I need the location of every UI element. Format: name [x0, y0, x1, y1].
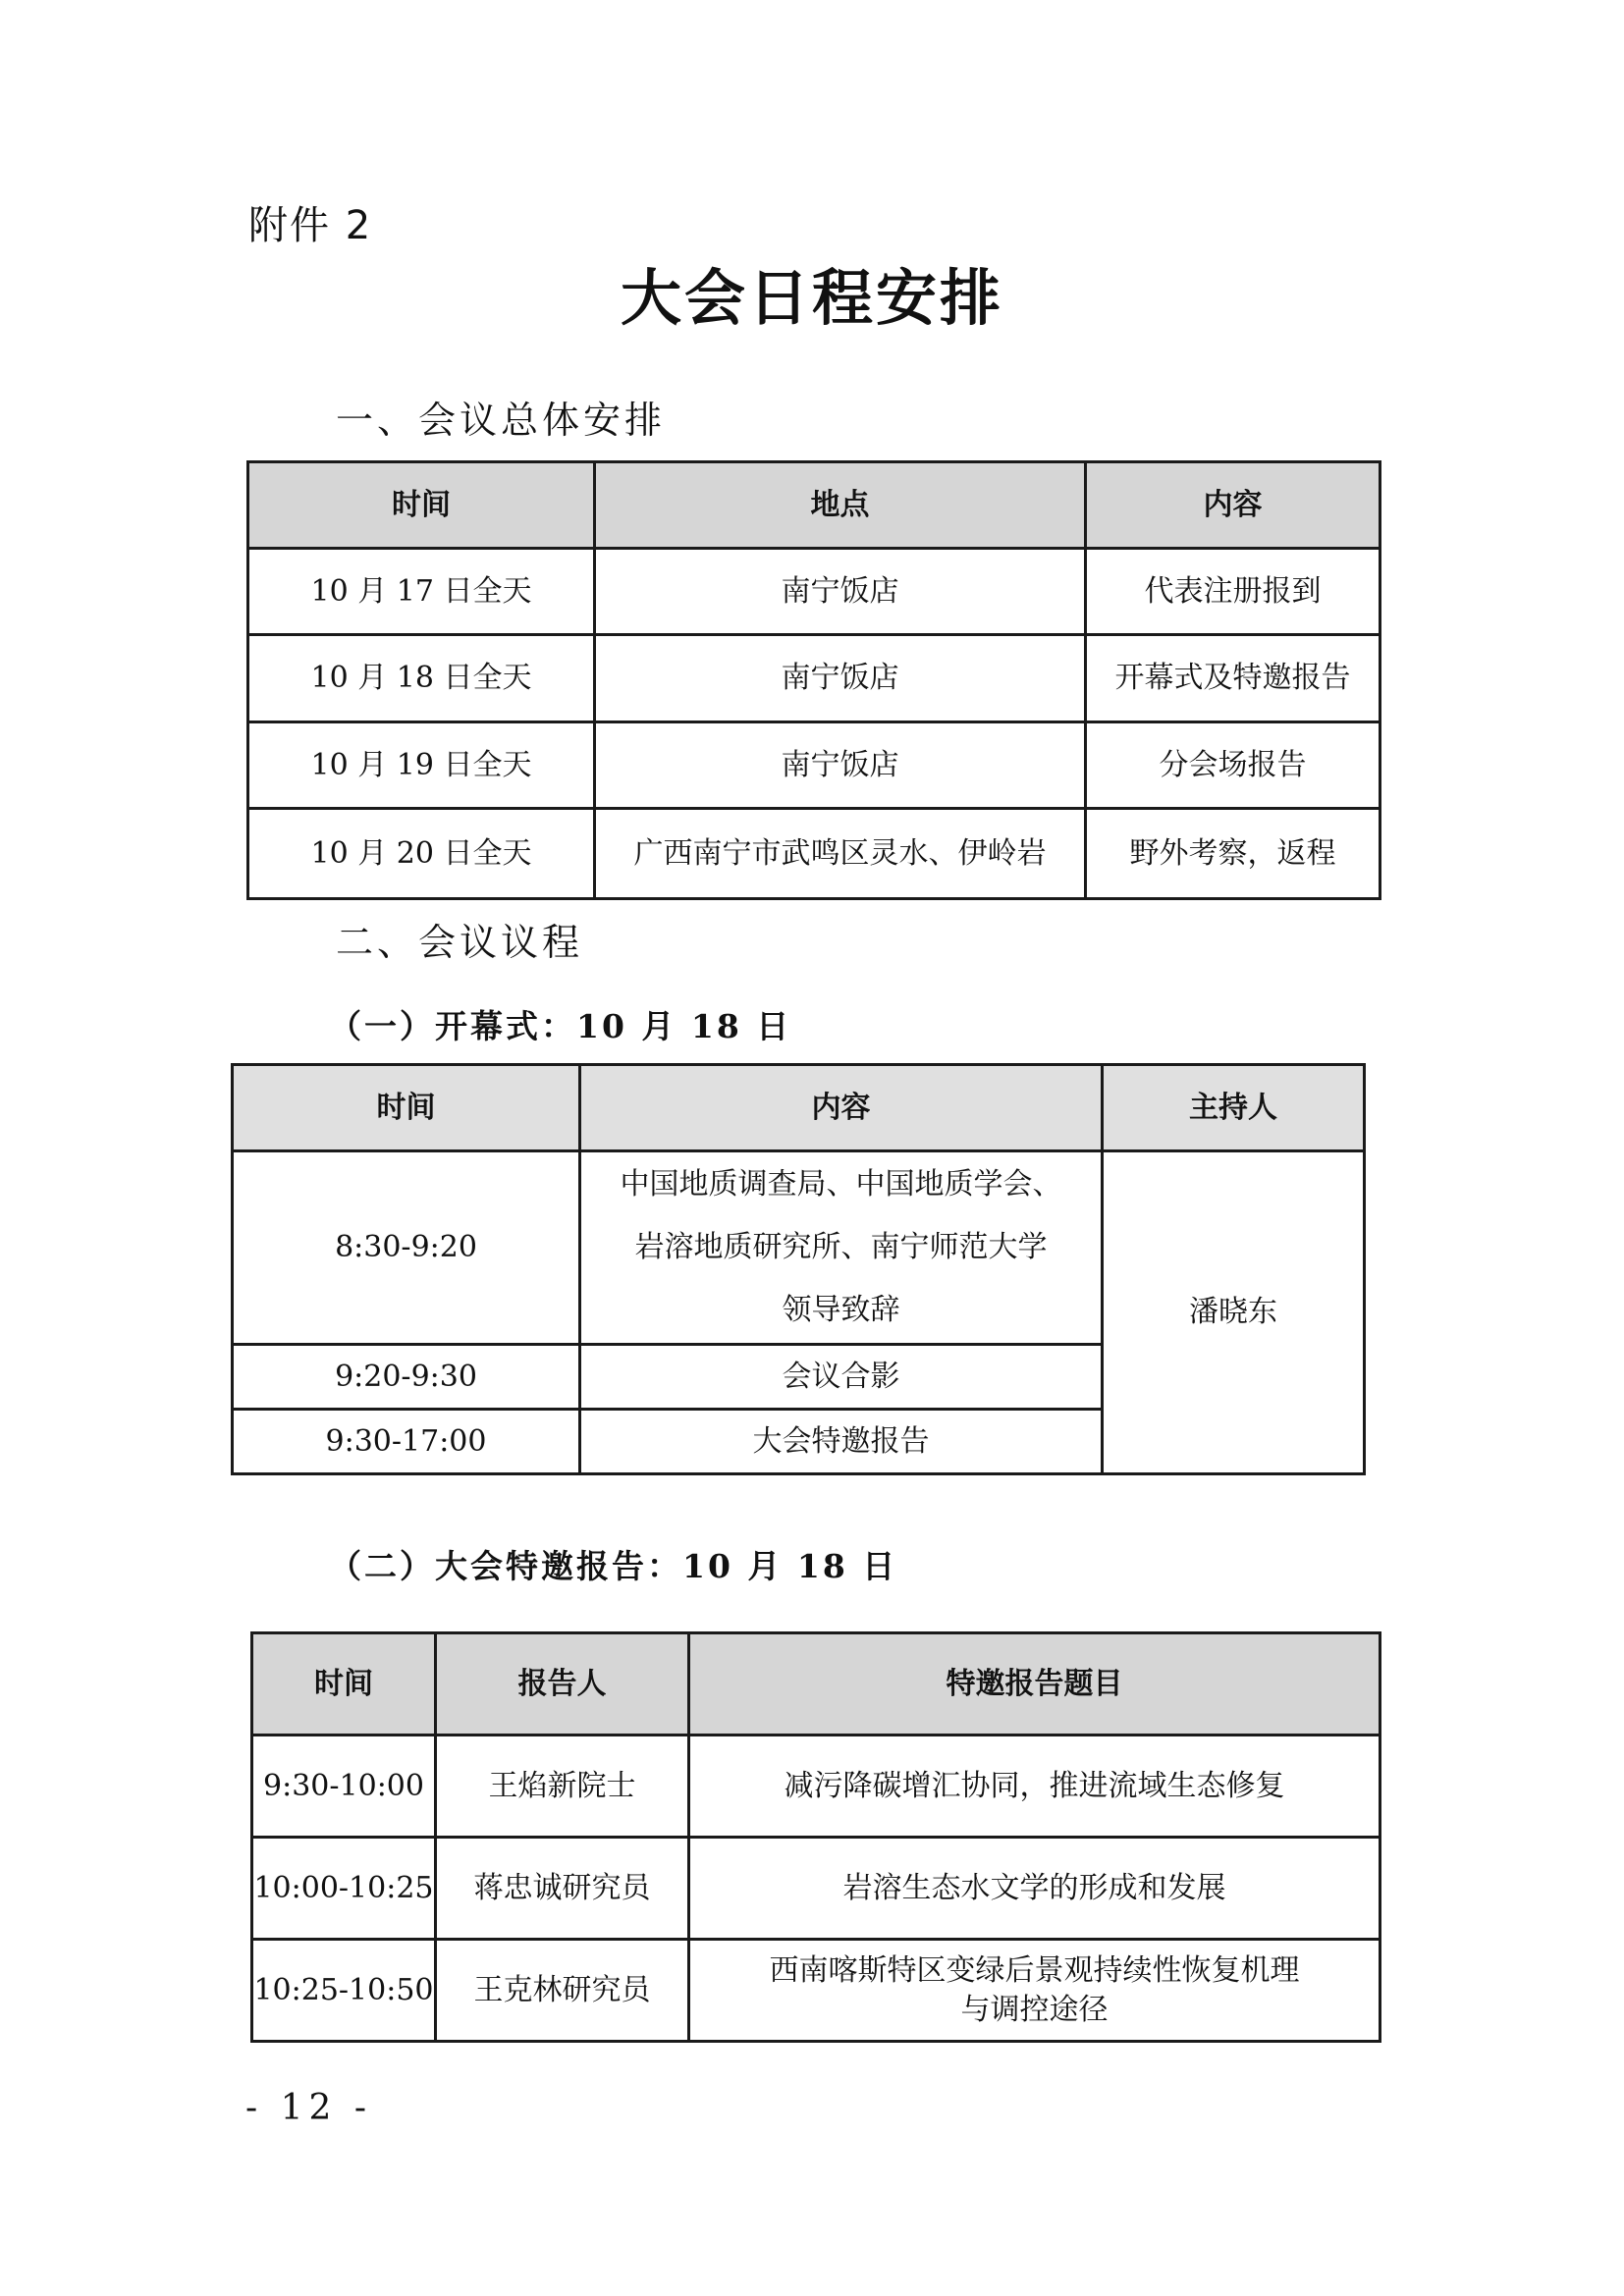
- attachment-label: 附件 2: [248, 202, 372, 249]
- cell-time: 9:30-17:00: [233, 1410, 580, 1474]
- table-row: 10:25-10:50 王克林研究员 西南喀斯特区变绿后景观持续性恢复机理 与调…: [252, 1940, 1380, 2042]
- cell-content: 会议合影: [580, 1345, 1103, 1410]
- cell-content: 分会场报告: [1086, 722, 1380, 809]
- cell-content: 野外考察，返程: [1086, 809, 1380, 899]
- cell-speaker: 王焰新院士: [436, 1735, 689, 1838]
- cell-content: 开幕式及特邀报告: [1086, 635, 1380, 722]
- cell-time: 9:20-9:30: [233, 1345, 580, 1410]
- column-header-time: 时间: [252, 1633, 436, 1735]
- cell-venue: 南宁饭店: [595, 549, 1086, 635]
- subsection-heading-keynotes: （二）大会特邀报告：10 月 18 日: [329, 1545, 897, 1588]
- cell-time: 10:00-10:25: [252, 1838, 436, 1940]
- cell-topic: 岩溶生态水文学的形成和发展: [689, 1838, 1380, 1940]
- opening-ceremony-table: 时间 内容 主持人 8:30-9:20 中国地质调查局、中国地质学会、 岩溶地质…: [231, 1063, 1366, 1475]
- cell-topic: 西南喀斯特区变绿后景观持续性恢复机理 与调控途径: [689, 1940, 1380, 2042]
- keynote-reports-table: 时间 报告人 特邀报告题目 9:30-10:00 王焰新院士 减污降碳增汇协同，…: [250, 1631, 1381, 2043]
- cell-speaker: 王克林研究员: [436, 1940, 689, 2042]
- cell-time: 10 月 17 日全天: [248, 549, 595, 635]
- cell-venue: 南宁饭店: [595, 722, 1086, 809]
- cell-time: 10 月 19 日全天: [248, 722, 595, 809]
- cell-host: 潘晓东: [1103, 1151, 1365, 1474]
- column-header-content: 内容: [1086, 462, 1380, 549]
- cell-content: 大会特邀报告: [580, 1410, 1103, 1474]
- table-header-row: 时间 报告人 特邀报告题目: [252, 1633, 1380, 1735]
- cell-content: 代表注册报到: [1086, 549, 1380, 635]
- column-header-host: 主持人: [1103, 1065, 1365, 1151]
- table-row: 10 月 19 日全天 南宁饭店 分会场报告: [248, 722, 1380, 809]
- cell-time: 8:30-9:20: [233, 1151, 580, 1345]
- column-header-speaker: 报告人: [436, 1633, 689, 1735]
- subsection-heading-opening: （一）开幕式：10 月 18 日: [329, 1005, 791, 1048]
- cell-speaker: 蒋忠诚研究员: [436, 1838, 689, 1940]
- content-line: 中国地质调查局、中国地质学会、: [581, 1153, 1101, 1216]
- table-row: 10 月 17 日全天 南宁饭店 代表注册报到: [248, 549, 1380, 635]
- table-row: 9:30-10:00 王焰新院士 减污降碳增汇协同，推进流域生态修复: [252, 1735, 1380, 1838]
- page-number: - 12 -: [245, 2087, 372, 2130]
- cell-venue: 南宁饭店: [595, 635, 1086, 722]
- overall-schedule-table: 时间 地点 内容 10 月 17 日全天 南宁饭店 代表注册报到 10 月 18…: [246, 460, 1381, 900]
- section-heading-agenda: 二、会议议程: [336, 919, 583, 966]
- topic-line: 西南喀斯特区变绿后景观持续性恢复机理: [690, 1951, 1379, 1991]
- content-line: 岩溶地质研究所、南宁师范大学: [581, 1216, 1101, 1279]
- table-header-row: 时间 内容 主持人: [233, 1065, 1365, 1151]
- table-row: 10 月 18 日全天 南宁饭店 开幕式及特邀报告: [248, 635, 1380, 722]
- cell-time: 10:25-10:50: [252, 1940, 436, 2042]
- table-header-row: 时间 地点 内容: [248, 462, 1380, 549]
- section-heading-overall: 一、会议总体安排: [336, 397, 666, 444]
- table-row: 10:00-10:25 蒋忠诚研究员 岩溶生态水文学的形成和发展: [252, 1838, 1380, 1940]
- table-row: 8:30-9:20 中国地质调查局、中国地质学会、 岩溶地质研究所、南宁师范大学…: [233, 1151, 1365, 1345]
- column-header-venue: 地点: [595, 462, 1086, 549]
- column-header-content: 内容: [580, 1065, 1103, 1151]
- cell-time: 10 月 18 日全天: [248, 635, 595, 722]
- content-line: 领导致辞: [581, 1279, 1101, 1342]
- cell-venue: 广西南宁市武鸣区灵水、伊岭岩: [595, 809, 1086, 899]
- cell-time: 9:30-10:00: [252, 1735, 436, 1838]
- column-header-time: 时间: [248, 462, 595, 549]
- cell-time: 10 月 20 日全天: [248, 809, 595, 899]
- column-header-topic: 特邀报告题目: [689, 1633, 1380, 1735]
- page-title: 大会日程安排: [0, 259, 1624, 338]
- cell-topic: 减污降碳增汇协同，推进流域生态修复: [689, 1735, 1380, 1838]
- topic-line: 与调控途径: [690, 1991, 1379, 2030]
- cell-content: 中国地质调查局、中国地质学会、 岩溶地质研究所、南宁师范大学 领导致辞: [580, 1151, 1103, 1345]
- column-header-time: 时间: [233, 1065, 580, 1151]
- table-row: 10 月 20 日全天 广西南宁市武鸣区灵水、伊岭岩 野外考察，返程: [248, 809, 1380, 899]
